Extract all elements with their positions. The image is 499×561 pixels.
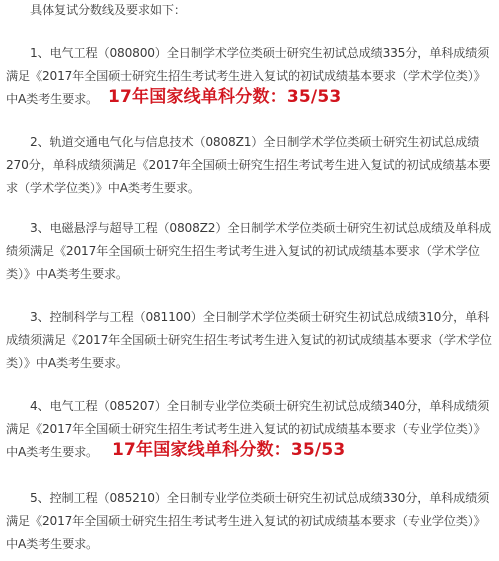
item-line: 满足《2017年全国硕士研究生招生考试考生进入复试的初试成绩基本要求（专业学位类… [6,513,486,529]
item-line: 中A类考生要求。 [6,444,98,460]
highlight-note: 17年国家线单科分数：35/53 [112,440,345,460]
item-line: 满足《2017年全国硕士研究生招生考试考生进入复试的初试成绩基本要求（学术学位类… [6,68,486,84]
item-line: 4、电气工程（085207）全日制专业学位类硕士研究生初试总成绩340分，单科成… [30,398,489,414]
item-line: 绩须满足《2017年全国硕士研究生招生考试考生进入复试的初试成绩基本要求（学术学… [6,243,480,259]
item-line: 中A类考生要求。 [6,536,98,552]
item-line: 成绩须满足《2017年全国硕士研究生招生考试考生进入复试的初试成绩基本要求（学术… [6,332,492,348]
item-line: 2、轨道交通电气化与信息技术（0808Z1）全日制学术学位类硕士研究生初试总成绩 [30,134,479,150]
item-line: 3、控制科学与工程（081100）全日制学术学位类硕士研究生初试总成绩310分，… [30,309,489,325]
item-line: 5、控制工程（085210）全日制专业学位类硕士研究生初试总成绩330分，单科成… [30,490,489,506]
item-line: 3、电磁悬浮与超导工程（0808Z2）全日制学术学位类硕士研究生初试总成绩及单科… [30,220,491,236]
item-line: 求（学术学位类）》中A类考生要求。 [6,180,200,196]
item-line: 类）》中A类考生要求。 [6,355,128,371]
item-line: 满足《2017年全国硕士研究生招生考试考生进入复试的初试成绩基本要求（专业学位类… [6,421,486,437]
item-line: 1、电气工程（080800）全日制学术学位类硕士研究生初试总成绩335分，单科成… [30,45,489,61]
item-line: 类）》中A类考生要求。 [6,266,128,282]
intro-text: 具体复试分数线及要求如下： [30,2,186,18]
highlight-note: 17年国家线单科分数：35/53 [108,87,341,107]
item-line: 270分，单科成绩须满足《2017年全国硕士研究生招生考试考生进入复试的初试成绩… [6,157,490,173]
item-line: 中A类考生要求。 [6,91,98,107]
